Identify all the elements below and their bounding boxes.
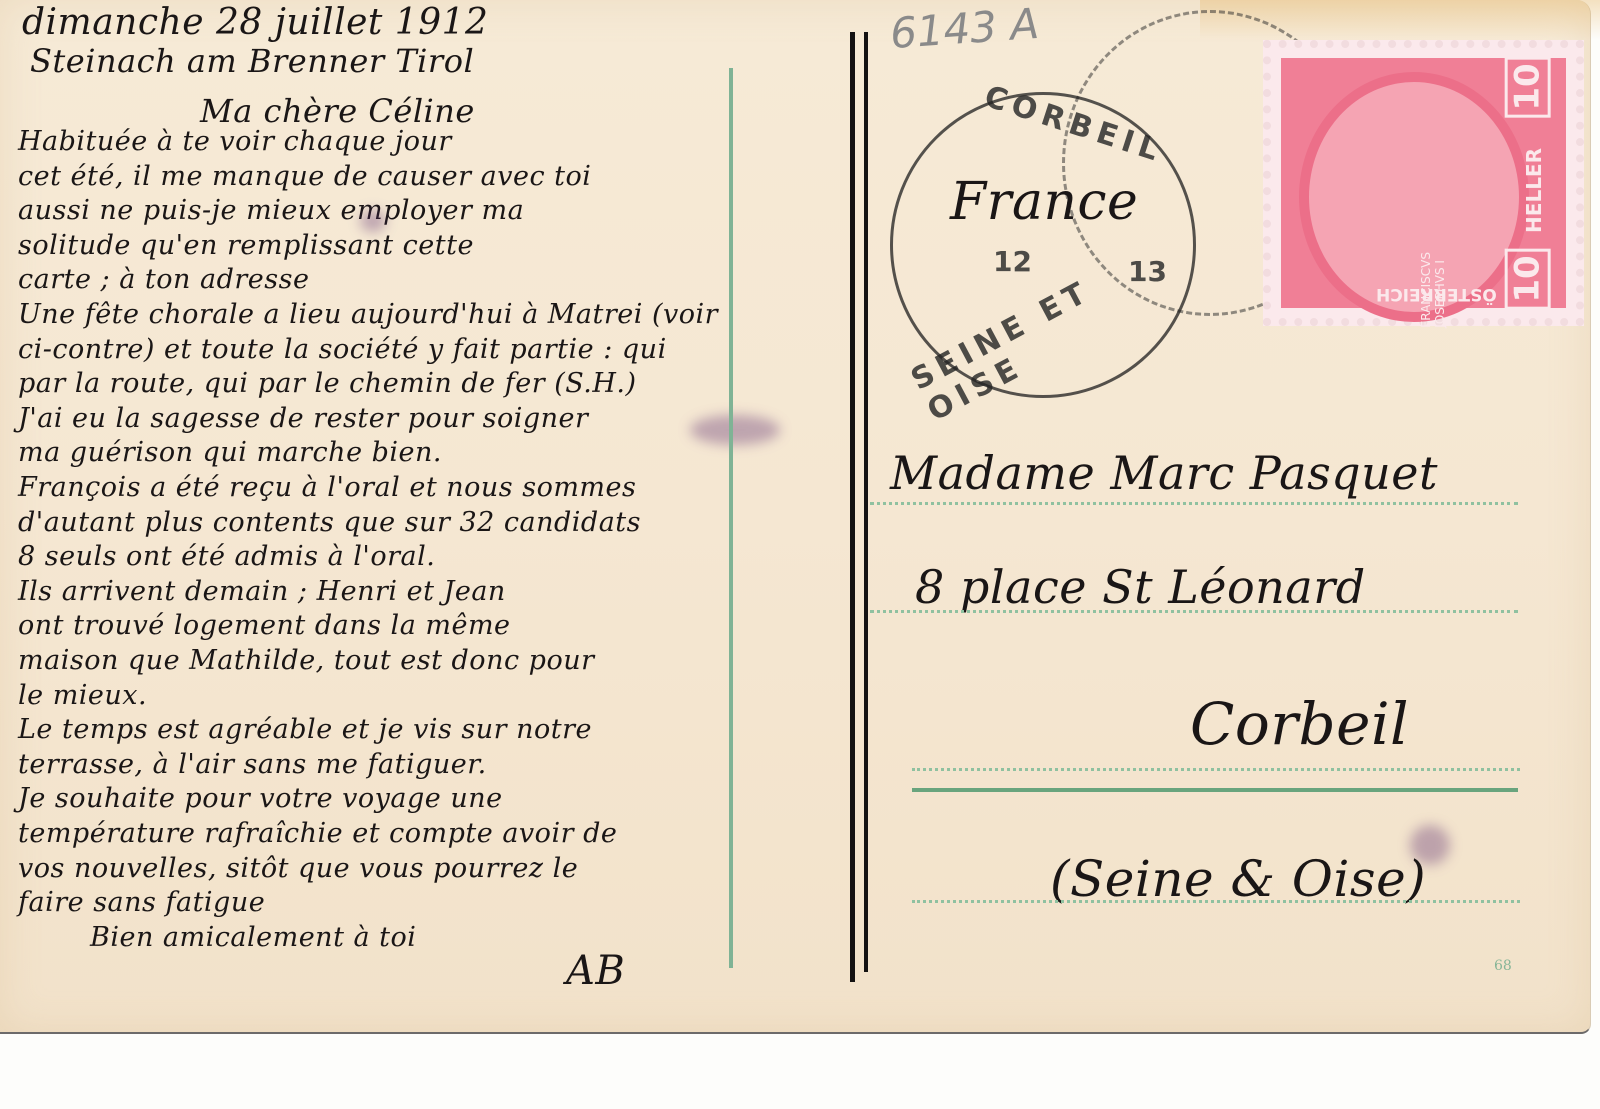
message-signature: AB [566,948,625,994]
ink-smudge [690,415,780,445]
arrival-postmark: CORBEIL SEINE ET OISE 12 13 [890,92,1196,398]
message-line: ont trouvé logement dans la même [18,610,511,641]
message-line: 8 seuls ont été admis à l'oral. [18,541,435,572]
message-line: Une fête chorale a lieu aujourd'hui à Ma… [18,299,718,330]
ink-smudge [360,210,386,232]
message-line: par la route, qui par le chemin de fer (… [18,368,637,399]
message-line: le mieux. [18,680,147,711]
center-divider [850,32,855,982]
address-guide-3 [912,768,1520,771]
address-line-street: 8 place St Léonard [915,560,1366,614]
center-divider-secondary [864,32,868,972]
address-underline [912,788,1518,792]
address-line-city: Corbeil [1190,690,1409,758]
address-guide-2 [870,610,1518,613]
message-line: solitude qu'en remplissant cette [18,230,474,261]
message-guide-line [729,68,733,968]
address-line-name: Madame Marc Pasquet [890,446,1438,500]
message-line: Habituée à te voir chaque jour [18,126,452,157]
address-guide-1 [870,502,1518,505]
address-country-note: France [950,172,1138,232]
message-line: Le temps est agréable et je vis sur notr… [18,714,592,745]
stamp-denomination-top: 10 [1504,56,1550,117]
message-line: François a été reçu à l'oral et nous som… [18,472,636,503]
stamp-unit: HELLER [1522,148,1546,233]
message-salutation: Ma chère Céline [200,92,475,130]
stamp-country-bottom: ÖSTERREICH [1376,284,1497,304]
stamp-design: FRANCISCVS JOSEPHVS I 10 10 HELLER ÖSTER… [1281,58,1566,308]
message-line: carte ; à ton adresse [18,264,309,295]
message-line: aussi ne puis-je mieux employer ma [18,195,524,226]
message-line: température rafraîchie et compte avoir d… [18,818,617,849]
message-line: Je souhaite pour votre voyage une [18,783,503,814]
message-place: Steinach am Brenner Tirol [30,42,474,80]
message-line: d'autant plus contents que sur 32 candid… [18,507,641,538]
postcard-back: dimanche 28 juillet 1912 Steinach am Bre… [0,0,1591,1034]
printer-number: 68 [1494,958,1512,974]
message-line: maison que Mathilde, tout est donc pour [18,645,595,676]
arrival-postmark-year: 13 [1128,255,1167,288]
pencil-annotation: 6143 A [888,0,1040,58]
message-line: J'ai eu la sagesse de rester pour soigne… [18,403,588,434]
message-line: Ils arrivent demain ; Henri et Jean [18,576,506,607]
arrival-postmark-date: 12 [993,245,1032,278]
message-line: terrasse, à l'air sans me fatiguer. [18,749,487,780]
message-line: ma guérison qui marche bien. [18,437,442,468]
postage-stamp: FRANCISCVS JOSEPHVS I 10 10 HELLER ÖSTER… [1263,40,1584,326]
message-date: dimanche 28 juillet 1912 [22,2,488,43]
message-line: cet été, il me manque de causer avec toi [18,161,591,192]
address-guide-4 [912,900,1520,903]
message-line: ci-contre) et toute la société y fait pa… [18,334,667,365]
stamp-denomination-bottom: 10 [1504,248,1550,309]
message-line: faire sans fatigue [18,887,265,918]
message-line: vos nouvelles, sitôt que vous pourrez le [18,853,578,884]
message-line: Bien amicalement à toi [90,922,416,953]
